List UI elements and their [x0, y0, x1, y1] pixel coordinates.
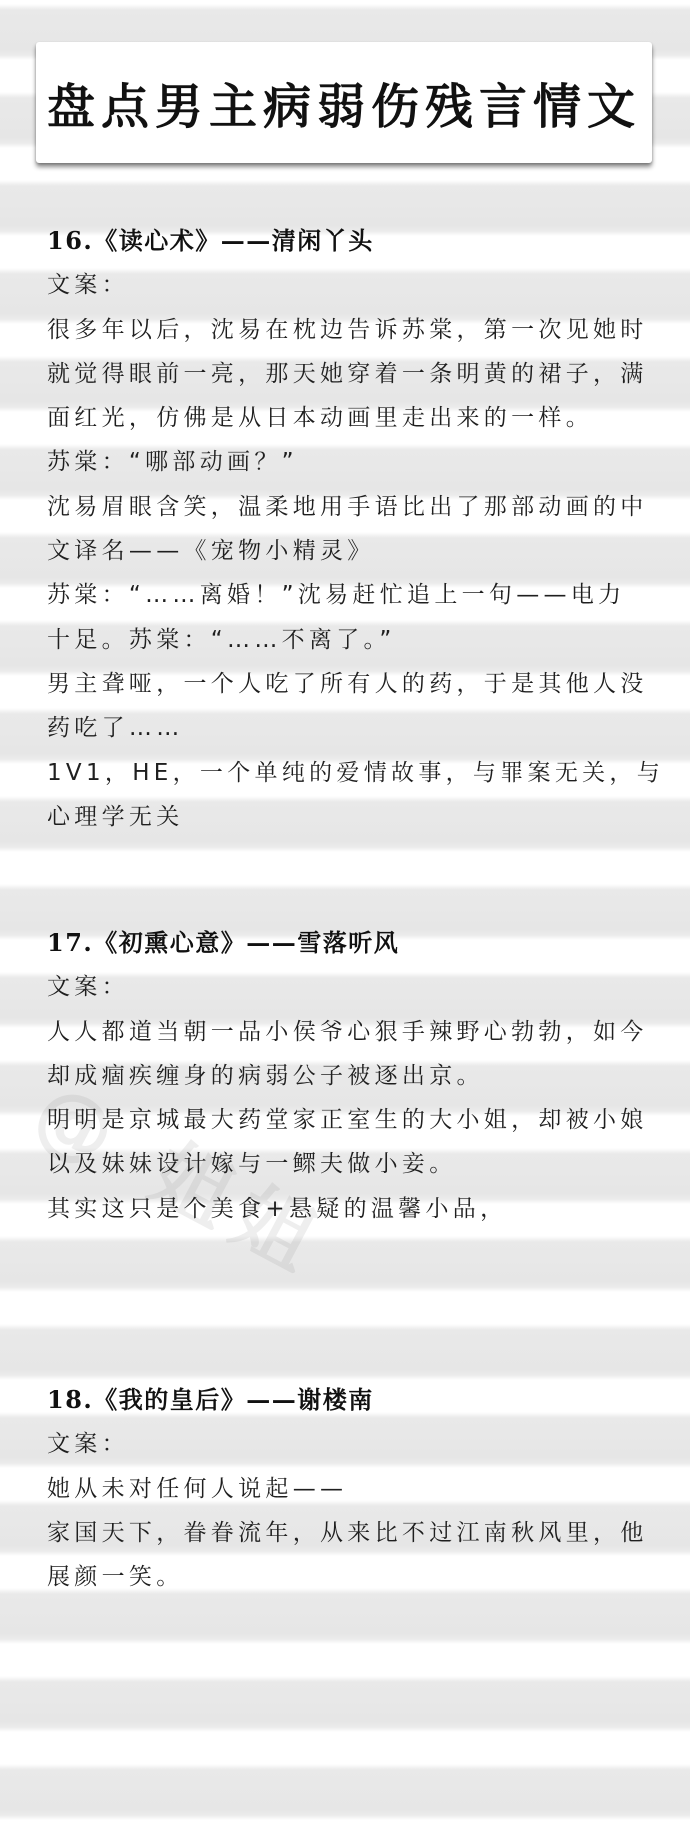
synopsis-line: 十足。苏棠：“……不离了。”	[47, 618, 657, 662]
synopsis-line: 人人都道当朝一品小侯爷心狠手辣野心勃勃，如今	[47, 1010, 657, 1054]
synopsis-line: 其实这只是个美食+悬疑的温馨小品，	[47, 1187, 657, 1231]
book-heading: 16.《读心术》——清闲丫头	[47, 219, 657, 263]
synopsis-line: 展颜一笑。	[47, 1555, 657, 1599]
synopsis-line: 很多年以后，沈易在枕边告诉苏棠，第一次见她时	[47, 308, 657, 352]
title-card: 盘点男主病弱伤残言情文	[36, 42, 652, 163]
synopsis-line: 心理学无关	[47, 795, 657, 839]
book-entry-18: 18.《我的皇后》——谢楼南 文案： 她从未对任何人说起—— 家国天下，眷眷流年…	[47, 1378, 657, 1599]
synopsis-line: 就觉得眼前一亮，那天她穿着一条明黄的裙子，满	[47, 352, 657, 396]
book-entry-16: 16.《读心术》——清闲丫头 文案： 很多年以后，沈易在枕边告诉苏棠，第一次见她…	[47, 219, 657, 839]
synopsis-line: 药吃了……	[47, 706, 657, 750]
synopsis-line: 文译名——《宠物小精灵》	[47, 529, 657, 573]
synopsis-line: 沈易眉眼含笑，温柔地用手语比出了那部动画的中	[47, 485, 657, 529]
synopsis-line: 苏棠：“……离婚！”沈易赶忙追上一句——电力	[47, 573, 657, 617]
synopsis-line: 却成痼疾缠身的病弱公子被逐出京。	[47, 1054, 657, 1098]
book-heading: 17.《初熏心意》——雪落听风	[47, 921, 657, 965]
synopsis-label: 文案：	[47, 263, 657, 307]
synopsis-line: 苏棠：“哪部动画？”	[47, 440, 657, 484]
synopsis-line: 男主聋哑，一个人吃了所有人的药，于是其他人没	[47, 662, 657, 706]
synopsis-label: 文案：	[47, 965, 657, 1009]
book-entry-17: 17.《初熏心意》——雪落听风 文案： 人人都道当朝一品小侯爷心狠手辣野心勃勃，…	[47, 921, 657, 1231]
book-heading: 18.《我的皇后》——谢楼南	[47, 1378, 657, 1422]
synopsis-line: 1V1，HE，一个单纯的爱情故事，与罪案无关，与	[47, 751, 657, 795]
synopsis-line: 家国天下，眷眷流年，从来比不过江南秋风里，他	[47, 1511, 657, 1555]
synopsis-line: 她从未对任何人说起——	[47, 1467, 657, 1511]
synopsis-line: 面红光，仿佛是从日本动画里走出来的一样。	[47, 396, 657, 440]
page-title: 盘点男主病弱伤残言情文	[47, 68, 641, 137]
synopsis-line: 明明是京城最大药堂家正室生的大小姐，却被小娘	[47, 1098, 657, 1142]
synopsis-label: 文案：	[47, 1422, 657, 1466]
synopsis-line: 以及妹妹设计嫁与一鳏夫做小妾。	[47, 1142, 657, 1186]
